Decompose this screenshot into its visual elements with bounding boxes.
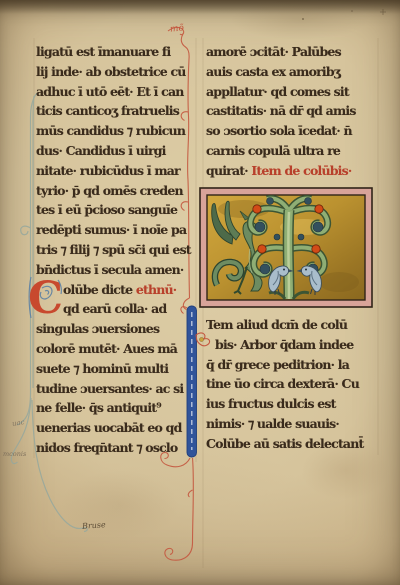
text-line: mūs candidus ⁊ rubicun (36, 120, 196, 140)
text-line: carnis copulā ultra re (206, 140, 378, 160)
text-line: tes ī eū p̄cioso sanguīe (36, 199, 196, 219)
text-line: tyrio· p̄ qd omēs creden (36, 180, 196, 200)
text-line: ligatū est īmanuare fi (36, 41, 196, 61)
text-line: ticis canticoʒ fratruelis (36, 100, 196, 120)
text-line: amorē ɔcitāt· Palūbes (206, 41, 378, 61)
ink-specks (302, 9, 386, 20)
text-line: suete ⁊ hominū multi (36, 358, 196, 378)
svg-text:C: C (28, 274, 63, 320)
dragon-tree-miniature (199, 187, 373, 308)
text-line: ne felle· q̄s antiquit⁹ (36, 397, 196, 417)
text-line: redēpti sumus· ī noīe pa (36, 219, 196, 239)
text-line: uenerias uocabāt eo qd (36, 417, 196, 437)
text-line: bis· Arbor q̄dam indee (206, 334, 378, 354)
text-line: adhuc ī utō eēt· Et ī can (36, 81, 196, 101)
text-line: Colūbe aū satis delectant̄ (206, 433, 378, 453)
marginal-scribble-left-2: mconis (3, 450, 26, 458)
marginal-scribble-gutter: mõ (170, 23, 185, 34)
text-line: so ɔsortio sola īcedat· n̄ (206, 120, 378, 140)
text-line: singulas ɔuersiones (36, 318, 196, 338)
text-line: castitatis· nā dr̄ qd amis (206, 100, 378, 120)
text-line: lij inde· ab obstetrice cū (36, 61, 196, 81)
text-line: nimis· ⁊ ualde suauis· (206, 413, 378, 433)
marginal-scribble-bottom: Bruse (82, 520, 106, 531)
text-line: nitate· rubicūdus ī mar (36, 160, 196, 180)
text-line: tudine ɔuersantes· ac si (36, 378, 196, 398)
rubric-heading: Item de colūbis· (251, 163, 351, 178)
left-text-column: ligatū est īmanuare fi lij inde· ab obst… (36, 41, 196, 457)
text-line: Tem aliud dcm̄ de colū (206, 314, 378, 334)
text-line: nidos freqn̄tant ⁊ osclo (36, 437, 196, 457)
manuscript-page: ligatū est īmanuare fi lij inde· ab obst… (0, 0, 400, 585)
right-text-column-top: amorē ɔcitāt· Palūbes auis casta ex amor… (206, 41, 378, 180)
right-text-column-bottom: Tem aliud dcm̄ de colū bis· Arbor q̄dam … (206, 314, 378, 453)
text-line: appllatur· qd comes sit (206, 81, 378, 101)
text-line: auis casta ex amoribʒ (206, 61, 378, 81)
text-line: ius fructus dulcis est (206, 393, 378, 413)
initial-c-columbe: C (28, 274, 64, 320)
text-line: tris ⁊ filij ⁊ spū sc̄i qui est (36, 239, 196, 259)
text-line: colorē mutēt· Aues mā (36, 338, 196, 358)
rubric-word: ethnū· (136, 282, 177, 297)
text-line-with-rubric: quirat· Item de colūbis· (206, 160, 378, 180)
text-line: tine ūo circa dexterā· Cu (206, 373, 378, 393)
text-line: dus· Candidus ī uirgi (36, 140, 196, 160)
text-line: q̄ dr̄ grece peditrion· la (206, 354, 378, 374)
